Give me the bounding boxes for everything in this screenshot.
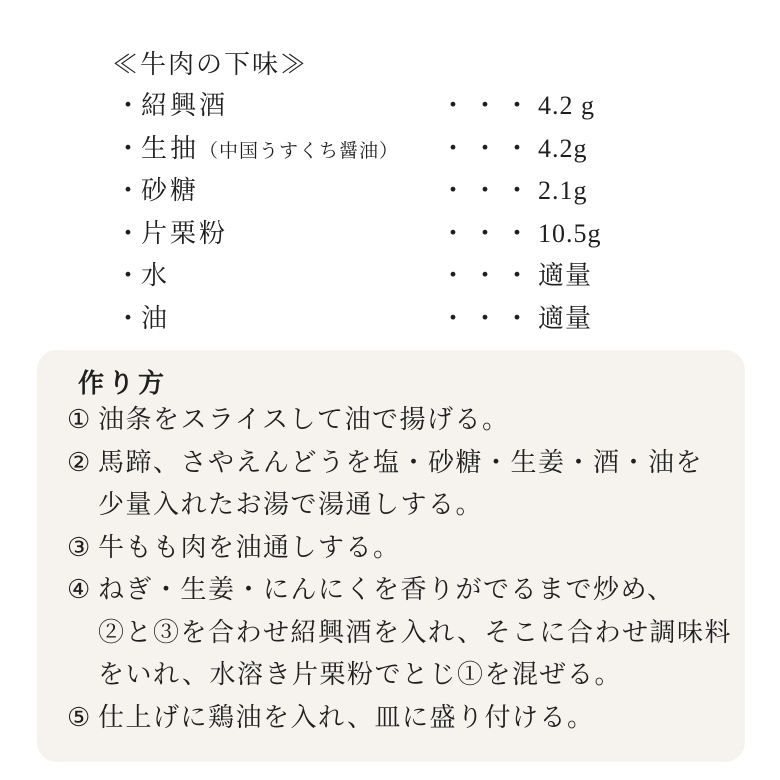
leader-dots: ・・・ [440, 255, 536, 298]
ingredient-amount-group: ・・・適量 [440, 298, 592, 341]
ingredient-row: ・紹興酒 ・・・4.2 g [0, 85, 780, 128]
step-number: ④ [67, 569, 98, 612]
step-line: をいれ、水溶き片栗粉でとじ①を混ぜる。 [98, 654, 732, 697]
ingredient-name: 片栗粉 [141, 213, 228, 256]
step-text: ねぎ・生姜・にんにくを香りがでるまで炒め、 ②と③を合わせ紹興酒を入れ、そこに合… [98, 569, 732, 697]
step-text: 馬蹄、さやえんどうを塩・砂糖・生姜・酒・油を 少量入れたお湯で湯通しする。 [98, 442, 725, 527]
ingredient-name: 生抽 [141, 128, 199, 171]
leader-dots: ・・・ [440, 298, 536, 341]
ingredient-amount-group: ・・・4.2g [440, 128, 588, 171]
step-line: 油条をスライスして油で揚げる。 [98, 399, 725, 442]
ingredient-label: ・油 [115, 298, 170, 341]
leader-dots: ・・・ [440, 85, 536, 128]
step-row: ⑤ 仕上げに鶏油を入れ、皿に盛り付ける。 [67, 697, 725, 740]
ingredient-row: ・片栗粉 ・・・10.5g [0, 213, 780, 256]
instructions-box: 作り方 ① 油条をスライスして油で揚げる。 ② 馬蹄、さやえんどうを塩・砂糖・生… [37, 350, 745, 762]
step-line: ねぎ・生姜・にんにくを香りがでるまで炒め、 [98, 569, 732, 612]
ingredient-label: ・砂糖 [115, 170, 199, 213]
ingredient-row: ・水 ・・・適量 [0, 255, 780, 298]
ingredient-note: （中国うすくち醤油） [199, 131, 399, 174]
bullet-icon: ・ [115, 213, 141, 256]
bullet-icon: ・ [115, 255, 141, 298]
ingredient-amount: 10.5g [538, 213, 602, 256]
step-text: 牛もも肉を油通しする。 [98, 527, 725, 570]
step-line: 仕上げに鶏油を入れ、皿に盛り付ける。 [98, 697, 725, 740]
ingredient-name: 油 [141, 298, 170, 341]
step-text: 仕上げに鶏油を入れ、皿に盛り付ける。 [98, 697, 725, 740]
ingredient-amount: 適量 [538, 298, 592, 341]
instructions-heading: 作り方 [78, 369, 725, 399]
ingredient-label: ・水 [115, 255, 170, 298]
step-number: ⑤ [67, 697, 98, 740]
bullet-icon: ・ [115, 85, 141, 128]
bullet-icon: ・ [115, 298, 141, 341]
step-text: 油条をスライスして油で揚げる。 [98, 399, 725, 442]
step-line: 馬蹄、さやえんどうを塩・砂糖・生姜・酒・油を [98, 442, 725, 485]
ingredient-label: ・生抽（中国うすくち醤油） [115, 128, 399, 171]
step-line: 牛もも肉を油通しする。 [98, 527, 725, 570]
ingredient-amount: 4.2 g [538, 85, 595, 128]
ingredient-row: ・砂糖 ・・・2.1g [0, 170, 780, 213]
ingredient-amount-group: ・・・10.5g [440, 213, 602, 256]
leader-dots: ・・・ [440, 170, 536, 213]
step-number: ③ [67, 527, 98, 570]
ingredient-amount: 適量 [538, 255, 592, 298]
bullet-icon: ・ [115, 170, 141, 213]
ingredient-row: ・生抽（中国うすくち醤油） ・・・4.2g [0, 128, 780, 171]
step-row: ④ ねぎ・生姜・にんにくを香りがでるまで炒め、 ②と③を合わせ紹興酒を入れ、そこ… [67, 569, 725, 697]
step-number: ① [67, 399, 98, 442]
step-row: ③ 牛もも肉を油通しする。 [67, 527, 725, 570]
step-line: 少量入れたお湯で湯通しする。 [98, 484, 725, 527]
ingredient-name: 水 [141, 255, 170, 298]
leader-dots: ・・・ [440, 128, 536, 171]
step-row: ② 馬蹄、さやえんどうを塩・砂糖・生姜・酒・油を 少量入れたお湯で湯通しする。 [67, 442, 725, 527]
ingredient-label: ・片栗粉 [115, 213, 228, 256]
ingredient-list: ・紹興酒 ・・・4.2 g ・生抽（中国うすくち醤油） ・・・4.2g ・砂糖 … [0, 85, 780, 340]
step-row: ① 油条をスライスして油で揚げる。 [67, 399, 725, 442]
ingredient-amount-group: ・・・適量 [440, 255, 592, 298]
ingredient-row: ・油 ・・・適量 [0, 298, 780, 341]
ingredient-name: 砂糖 [141, 170, 199, 213]
leader-dots: ・・・ [440, 213, 536, 256]
step-number: ② [67, 442, 98, 485]
ingredient-amount: 2.1g [538, 170, 588, 213]
ingredient-name: 紹興酒 [141, 85, 228, 128]
step-line: ②と③を合わせ紹興酒を入れ、そこに合わせ調味料 [98, 612, 732, 655]
ingredient-amount-group: ・・・2.1g [440, 170, 588, 213]
ingredient-amount: 4.2g [538, 128, 588, 171]
page-title: ≪牛肉の下味≫ [112, 44, 308, 81]
instructions-steps: ① 油条をスライスして油で揚げる。 ② 馬蹄、さやえんどうを塩・砂糖・生姜・酒・… [67, 399, 725, 739]
ingredient-label: ・紹興酒 [115, 85, 228, 128]
ingredient-amount-group: ・・・4.2 g [440, 85, 595, 128]
bullet-icon: ・ [115, 128, 141, 171]
